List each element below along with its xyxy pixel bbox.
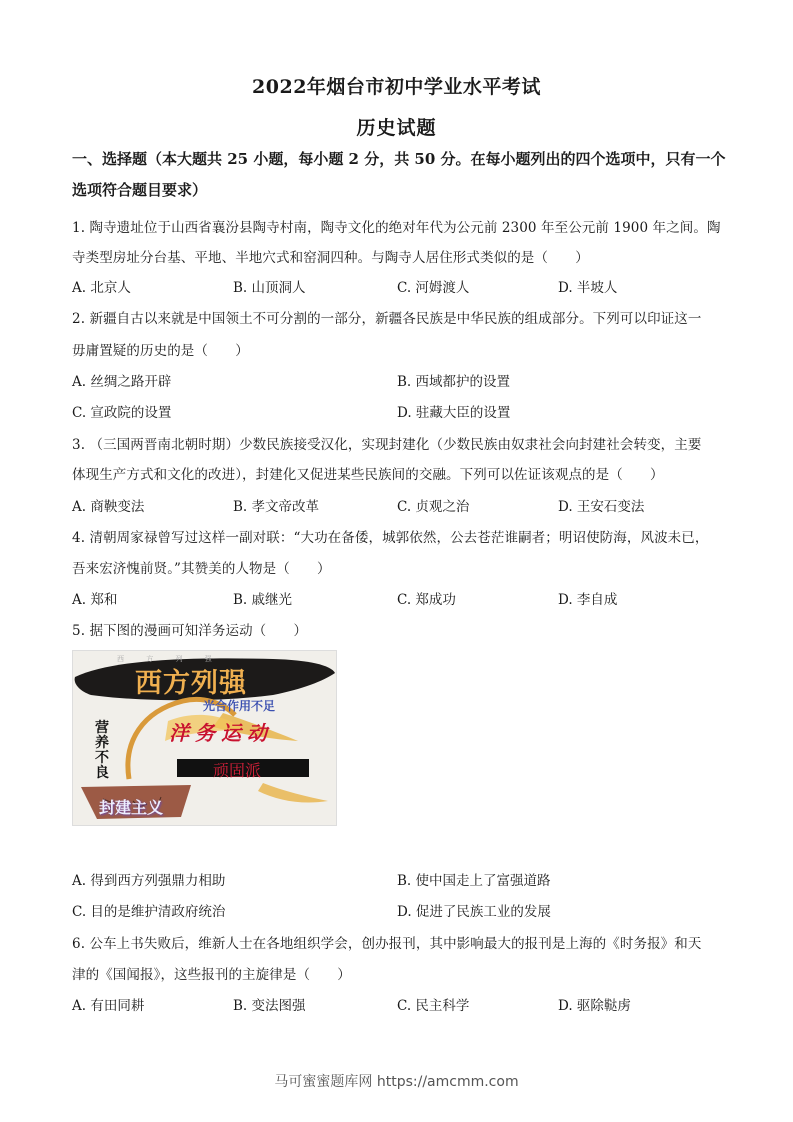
option-d[interactable]: D. 促进了民族工业的发展 — [397, 900, 551, 920]
banner-western-powers: 西方列强 — [135, 661, 247, 700]
option-d[interactable]: D. 驱除鞑虏 — [558, 994, 631, 1014]
exam-subtitle: 历史试题 — [0, 113, 793, 140]
question-text: 津的《国闻报》，这些报刊的主旋律是（ ） — [72, 963, 732, 983]
option-a[interactable]: A. 北京人 — [72, 276, 131, 296]
watermark-footer: 马可蜜蜜题库网 https://amcmm.com — [0, 1071, 793, 1091]
option-c[interactable]: C. 河姆渡人 — [397, 276, 469, 296]
option-b[interactable]: B. 使中国走上了富强道路 — [397, 869, 551, 889]
question-text: 寺类型房址分台基、平地、半地穴式和窑洞四种。与陶寺人居住形式类似的是（ ） — [72, 246, 732, 266]
question-text: 3. （三国两晋南北朝时期）少数民族接受汉化，实现封建化（少数民族由奴隶社会向封… — [72, 433, 732, 453]
label-diehards: 顽固派 — [213, 758, 261, 781]
question-text: 体现生产方式和文化的改进），封建化又促进某些民族间的交融。下列可以佐证该观点的是… — [72, 463, 732, 483]
option-b[interactable]: B. 山顶洞人 — [233, 276, 306, 296]
label-yangwu-movement: 洋务运动 — [169, 717, 273, 746]
option-d[interactable]: D. 王安石变法 — [558, 495, 644, 515]
section-heading: 一、选择题（本大题共 25 小题，每小题 2 分，共 50 分。在每小题列出的四… — [72, 144, 732, 206]
label-malnutrition: 营养不良 — [95, 721, 111, 781]
option-b[interactable]: B. 变法图强 — [233, 994, 306, 1014]
label-feudalism: 封建主义 — [99, 795, 163, 818]
question-text: 4. 清朝周家禄曾写过这样一副对联：“大功在备倭，城郭依然，公去苍茫谁嗣者；明诏… — [72, 526, 732, 546]
option-a[interactable]: A. 有田同耕 — [72, 994, 144, 1014]
question-text: 吾来宏济愧前贤。”其赞美的人物是（ ） — [72, 557, 732, 577]
option-a[interactable]: A. 郑和 — [72, 588, 117, 608]
option-b[interactable]: B. 戚继光 — [233, 588, 292, 608]
label-insufficient-photosynthesis: 光合作用不足 — [203, 697, 275, 714]
yangwu-movement-cartoon: 西 方 列 强 西方列强 光合作用不足 洋务运动 顽固派 营养不良 封建主义 — [72, 650, 337, 826]
option-c[interactable]: C. 目的是维护清政府统治 — [72, 900, 225, 920]
question-text: 2. 新疆自古以来就是中国领土不可分割的一部分，新疆各民族是中华民族的组成部分。… — [72, 307, 732, 327]
option-c[interactable]: C. 贞观之治 — [397, 495, 469, 515]
option-b[interactable]: B. 孝文帝改革 — [233, 495, 319, 515]
option-a[interactable]: A. 丝绸之路开辟 — [72, 370, 171, 390]
question-text: 1. 陶寺遗址位于山西省襄汾县陶寺村南，陶寺文化的绝对年代为公元前 2300 年… — [72, 216, 732, 236]
option-a[interactable]: A. 得到西方列强鼎力相助 — [72, 869, 225, 889]
option-d[interactable]: D. 李自成 — [558, 588, 617, 608]
option-b[interactable]: B. 西域都护的设置 — [397, 370, 510, 390]
option-a[interactable]: A. 商鞅变法 — [72, 495, 144, 515]
exam-title: 2022年烟台市初中学业水平考试 — [0, 72, 793, 99]
option-d[interactable]: D. 半坡人 — [558, 276, 617, 296]
option-c[interactable]: C. 宣政院的设置 — [72, 401, 171, 421]
question-text: 5. 据下图的漫画可知洋务运动（ ） — [72, 619, 732, 639]
question-text: 6. 公车上书失败后，维新人士在各地组织学会，创办报刊，其中影响最大的报刊是上海… — [72, 932, 732, 952]
question-text: 毋庸置疑的历史的是（ ） — [72, 339, 732, 359]
option-d[interactable]: D. 驻藏大臣的设置 — [397, 401, 510, 421]
option-c[interactable]: C. 民主科学 — [397, 994, 469, 1014]
option-c[interactable]: C. 郑成功 — [397, 588, 456, 608]
